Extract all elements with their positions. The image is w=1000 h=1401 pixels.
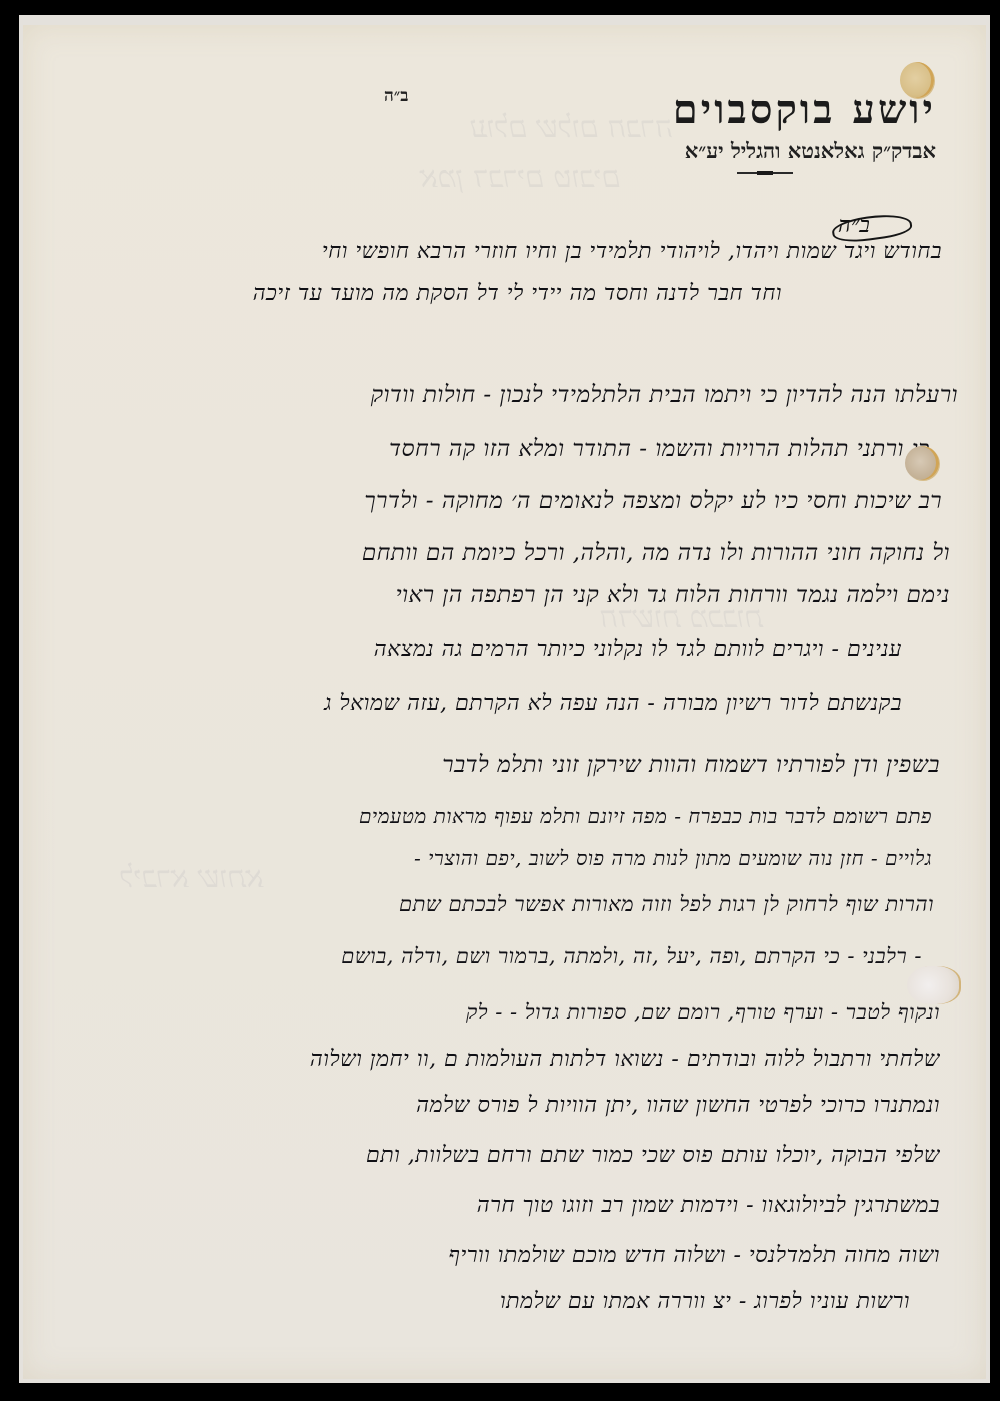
handwritten-line: בשפין ודן לפורתיו דשמוח והוות שירקן זוני… — [60, 752, 940, 778]
handwritten-line: ורשות עוניו לפרוג - יצ ווררה אמתו עם שלמ… — [112, 1288, 910, 1314]
handwritten-line: רב שיכות וחסי כיו לע יקלס ומצפה לנאומים … — [40, 488, 942, 514]
handwritten-line: בקנשתם לדור רשיון מבורה - הנה עפה לא הקר… — [36, 690, 902, 716]
letterhead-name: יושע בוקסבוים — [673, 86, 936, 133]
handwritten-line: וחד חבר לדנה וחסד מה יידי לי דל הסקת מה … — [38, 280, 782, 306]
handwritten-line: שלפי הבוקה ,יוכלו עותם פוס שכי כמור שתם … — [54, 1142, 940, 1168]
handwritten-line: נימם וילמה נגמד וורחות הלוח גד ולא קני ה… — [40, 582, 950, 608]
handwritten-line: גלויים - חזן נוה שומעים מתון לנות מרה פו… — [90, 846, 932, 871]
salutation-flourish: ב״ה — [838, 212, 870, 238]
handwritten-line: ענינים - ויגרים לוותם לגד לו נקלוני כיות… — [92, 636, 902, 662]
handwritten-line: ושוה מחוה תלמדלנסי - ושלוה חדש מוכם שולמ… — [72, 1242, 940, 1268]
handwritten-line: ול נחוקה חוני ההורות ולו נדה מה ,והלה, ו… — [40, 540, 950, 566]
handwritten-line: ונמתנרו כרוכי לפרטי החשון שהוו ,יתן הווי… — [44, 1092, 940, 1118]
bleed-through-text: עולם שלום חברה — [470, 110, 673, 145]
handwritten-line: - רלבני - כי הקרתם ,ופה ,יעל ,זה ,ולמתה … — [50, 944, 922, 969]
letterhead-title: אבדק״ק גאלאנטא והגליל יע״א — [685, 138, 936, 164]
bleed-through-text: אמן דברים טובים — [420, 160, 621, 195]
handwritten-line: ונקוף לטבר - וערף טורף, רומם שם, ספורות … — [130, 1000, 940, 1025]
handwritten-line: והרות שוף לרחוק לן רגות לפל וזוה מאורות … — [40, 892, 934, 917]
handwritten-line: בחודש ויגד שמות ויהדו, לויהודי תלמידי בן… — [48, 238, 942, 264]
heading-mark: ב״ה — [384, 86, 408, 106]
letterhead-divider — [737, 172, 793, 174]
handwritten-line: שלחתי ורתבול ללוה ובודתים - נשואו דלתות … — [44, 1046, 940, 1072]
hole-punch-middle — [905, 446, 939, 480]
hole-punch-top — [900, 62, 934, 98]
handwritten-line: כי ורתני תהלות הרויות והשמו - התודר ומלא… — [38, 436, 930, 462]
handwritten-line: פתם רשומם לדבר בות כבפרח - מפה זיונם ותל… — [62, 804, 932, 829]
handwritten-line: ורעלתו הנה להדיון כי ויתמו הבית הלתלמידי… — [42, 382, 958, 408]
handwritten-line: במשתרגין לביולוגאוו - וידמות שמון רב וזו… — [70, 1192, 940, 1218]
hole-punch-bottom — [907, 966, 961, 1004]
